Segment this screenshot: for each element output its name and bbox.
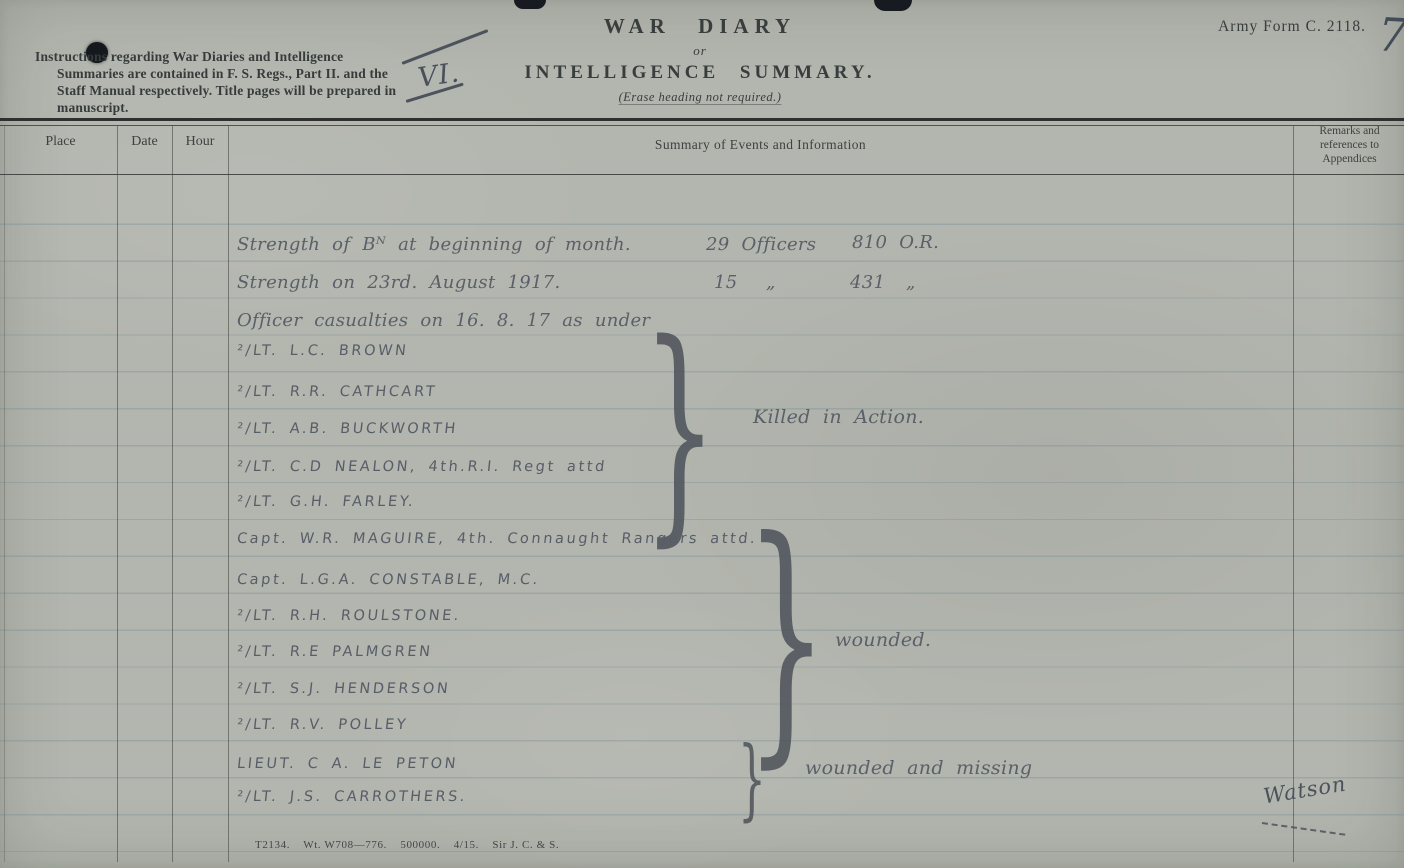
- signature-underline-dashes: [1262, 822, 1345, 836]
- group-brace-killed: }: [648, 335, 712, 525]
- column-line-summary-remarks: [1293, 126, 1294, 862]
- column-line-date-hour: [172, 126, 173, 862]
- remarks-signature: Watson: [1262, 772, 1348, 809]
- instructions-note: Instructions regarding War Diaries and I…: [35, 48, 413, 116]
- ink-blob-left: [514, 0, 546, 9]
- column-header-summary: Summary of Events and Information: [228, 137, 1293, 153]
- strength-line-2-other-ranks: 431: [850, 272, 885, 293]
- strength-line-2-other-ranks-ditto: „: [906, 272, 916, 293]
- strength-line-2-text: Strength on 23rd. August 1917.: [237, 272, 561, 293]
- column-header-date: Date: [117, 134, 172, 150]
- printers-imprint: T2134. Wt. W708—776. 500000. 4/15. Sir J…: [255, 839, 559, 851]
- casualty-name: ²/LT. R.H. ROULSTONE.: [236, 608, 462, 624]
- casualty-name: ²/LT. R.V. POLLEY: [236, 717, 409, 733]
- casualty-name: ²/LT. J.S. CARROTHERS.: [236, 789, 468, 805]
- casualty-name: ²/LT. A.B. BUCKWORTH: [236, 421, 458, 437]
- column-line-place-date: [117, 126, 118, 862]
- casualty-name: ²/LT. S.J. HENDERSON: [236, 681, 451, 697]
- strength-line-1-text: Strength of Bᴺ at beginning of month.: [237, 234, 631, 255]
- erase-heading-note: (Erase heading not required.): [460, 90, 940, 105]
- war-diary-form-page: Instructions regarding War Diaries and I…: [0, 0, 1404, 868]
- casualty-name: Capt. L.G.A. CONSTABLE, M.C.: [236, 572, 541, 588]
- killed-label: Killed in Action.: [753, 406, 924, 428]
- casualty-name: ²/LT. C.D NEALON, 4th.R.I. Regt attd: [236, 459, 608, 475]
- casualty-name: Capt. W.R. MAGUIRE, 4th. Connaught Range…: [236, 531, 758, 547]
- header-bottom-rule: [0, 174, 1404, 175]
- group-brace-wounded: }: [756, 531, 816, 743]
- casualty-name: ²/LT. L.C. BROWN: [236, 343, 409, 359]
- column-header-hour: Hour: [172, 134, 228, 150]
- army-form-number: Army Form C. 2118.: [1218, 18, 1366, 36]
- group-brace-wounded-missing: }: [728, 743, 776, 813]
- form-title: WAR DIARY: [460, 14, 940, 39]
- casualty-heading: Officer casualties on 16. 8. 17 as under: [237, 310, 650, 331]
- column-header-remarks: Remarks and references to Appendices: [1295, 124, 1404, 166]
- ink-blob-right: [874, 0, 912, 11]
- strength-line-2-officers-ditto: „: [766, 272, 776, 293]
- strength-line-2-officers: 15: [714, 272, 738, 293]
- handwritten-page-number: 7: [1377, 7, 1404, 62]
- casualty-name: LIEUT. C A. LE PETON: [236, 756, 459, 772]
- form-subtitle: INTELLIGENCE SUMMARY.: [460, 62, 940, 84]
- wounded-missing-label: wounded and missing: [805, 757, 1032, 779]
- title-block: WAR DIARY or INTELLIGENCE SUMMARY. (Eras…: [460, 14, 940, 105]
- casualty-name: ²/LT. R.E PALMGREN: [236, 644, 433, 660]
- wounded-label: wounded.: [835, 629, 931, 651]
- casualty-name: ²/LT. R.R. CATHCART: [236, 384, 438, 400]
- title-conjunction: or: [460, 43, 940, 59]
- column-header-place: Place: [4, 134, 117, 150]
- column-line-hour-summary: [228, 126, 229, 862]
- section-number-vi: VI.: [416, 57, 462, 94]
- ruled-paper-lines: [0, 188, 1404, 862]
- strength-line-1-other-ranks: 810 O.R.: [852, 232, 939, 253]
- casualty-name: ²/LT. G.H. FARLEY.: [236, 494, 416, 510]
- top-rule-thin: [0, 125, 1404, 126]
- top-rule-heavy: [0, 118, 1404, 121]
- column-line-left-edge: [4, 126, 5, 862]
- strength-line-1-officers: 29 Officers: [706, 234, 816, 255]
